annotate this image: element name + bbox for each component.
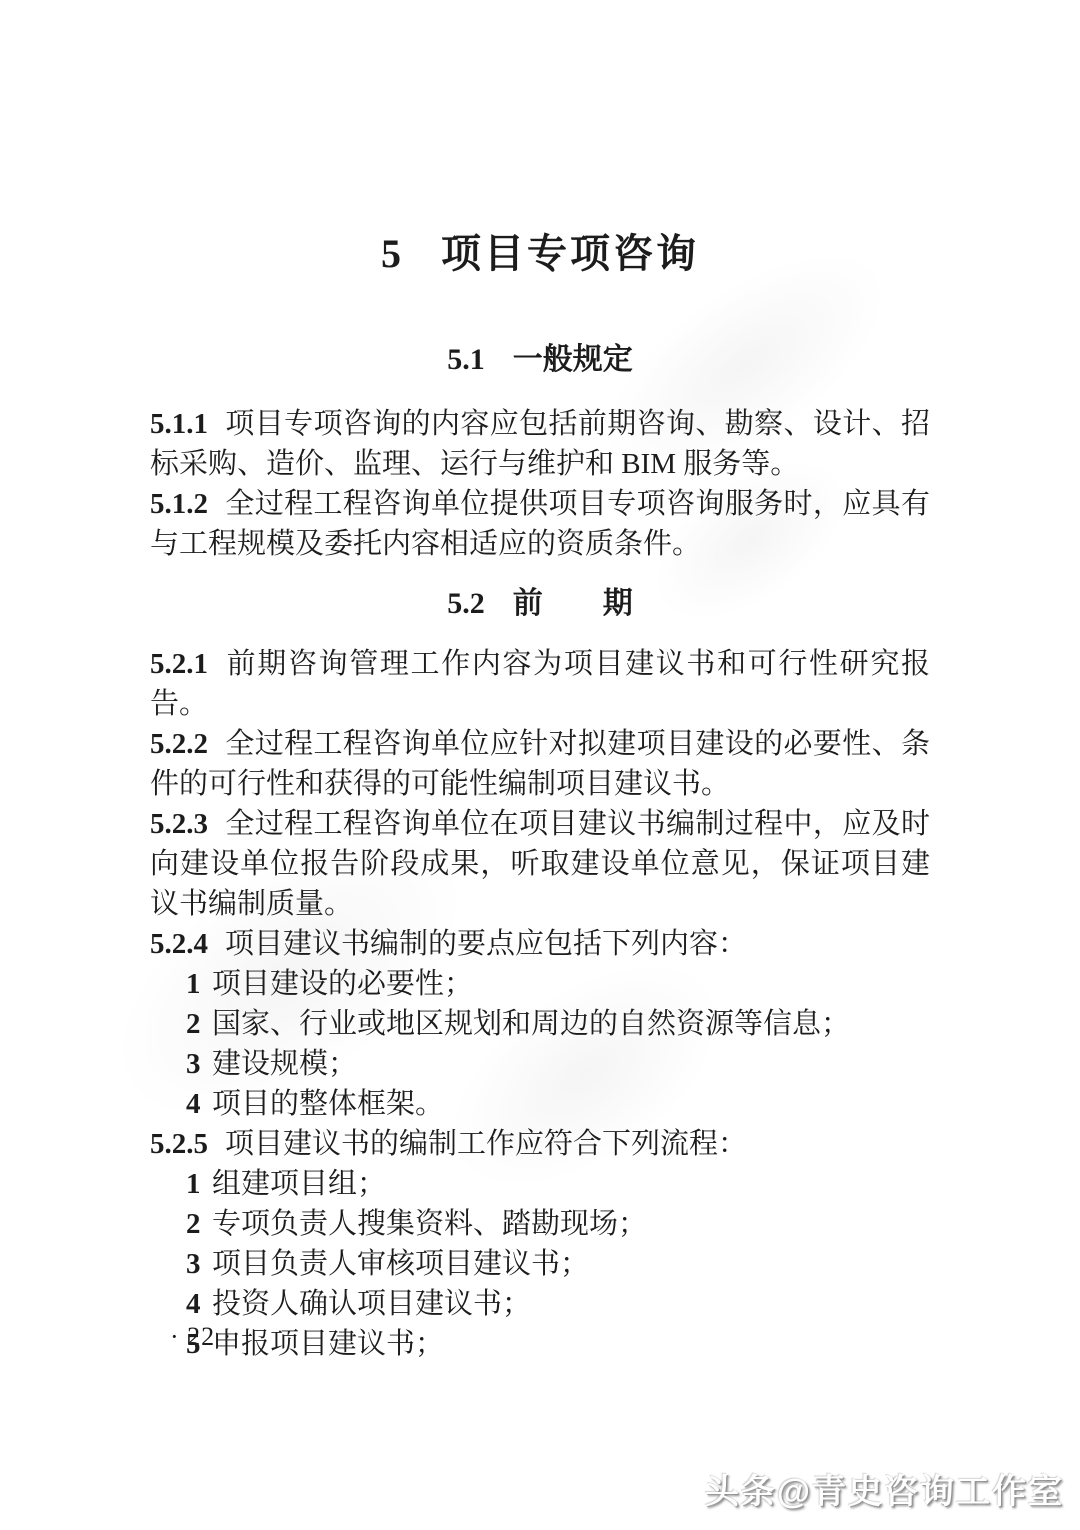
item-number: 2 xyxy=(186,1004,212,1044)
toutiao-watermark: 头条@青史咨询工作室 xyxy=(705,1464,1064,1513)
clause-5-2-1: 5.2.1前期咨询管理工作内容为项目建议书和可行性研究报告。 xyxy=(150,644,930,724)
item-number: 3 xyxy=(186,1044,212,1084)
item-number: 4 xyxy=(186,1084,212,1124)
section-heading-5-2: 5.2前 期 xyxy=(150,588,930,620)
list-item-5-2-5-5: 5申报项目建议书； xyxy=(150,1324,930,1364)
section-number: 5.1 xyxy=(447,343,485,376)
list-item-5-2-5-3: 3项目负责人审核项目建议书； xyxy=(150,1244,930,1284)
item-number: 2 xyxy=(186,1204,212,1244)
page-content: 5项目专项咨询 5.1一般规定 5.1.1项目专项咨询的内容应包括前期咨询、勘察… xyxy=(150,0,930,1364)
item-number: 1 xyxy=(186,1164,212,1204)
chapter-number: 5 xyxy=(381,231,401,276)
clause-text: 项目建议书编制的要点应包括下列内容： xyxy=(225,928,747,960)
clause-5-2-4: 5.2.4项目建议书编制的要点应包括下列内容： xyxy=(150,924,930,964)
document-page: 5项目专项咨询 5.1一般规定 5.1.1项目专项咨询的内容应包括前期咨询、勘察… xyxy=(0,0,1080,1530)
item-text: 项目建设的必要性； xyxy=(212,968,473,1000)
list-item-5-2-5-1: 1组建项目组； xyxy=(150,1164,930,1204)
section-heading-5-1: 5.1一般规定 xyxy=(150,344,930,376)
list-item-5-2-4-3: 3建设规模； xyxy=(150,1044,930,1084)
clause-5-2-5: 5.2.5项目建议书的编制工作应符合下列流程： xyxy=(150,1124,930,1164)
section-title: 前 期 xyxy=(513,587,633,620)
chapter-title-text: 项目专项咨询 xyxy=(441,231,699,276)
item-text: 申报项目建议书； xyxy=(212,1328,444,1360)
list-item-5-2-4-4: 4项目的整体框架。 xyxy=(150,1084,930,1124)
clause-number: 5.2.3 xyxy=(150,808,208,840)
clause-5-2-2: 5.2.2全过程工程咨询单位应针对拟建项目建设的必要性、条件的可行性和获得的可能… xyxy=(150,724,930,804)
item-text: 国家、行业或地区规划和周边的自然资源等信息； xyxy=(212,1008,850,1040)
clause-number: 5.2.1 xyxy=(150,648,208,680)
list-item-5-2-5-2: 2专项负责人搜集资料、踏勘现场； xyxy=(150,1204,930,1244)
clause-text: 前期咨询管理工作内容为项目建议书和可行性研究报告。 xyxy=(150,648,930,720)
list-item-5-2-4-1: 1项目建设的必要性； xyxy=(150,964,930,1004)
clause-number: 5.2.2 xyxy=(150,728,208,760)
item-text: 组建项目组； xyxy=(212,1168,386,1200)
clause-number: 5.1.2 xyxy=(150,488,208,520)
list-item-5-2-4-2: 2国家、行业或地区规划和周边的自然资源等信息； xyxy=(150,1004,930,1044)
section-number: 5.2 xyxy=(447,587,485,620)
clause-number: 5.2.4 xyxy=(150,928,208,960)
clause-5-2-3: 5.2.3全过程工程咨询单位在项目建议书编制过程中，应及时向建设单位报告阶段成果… xyxy=(150,804,930,924)
item-number: 4 xyxy=(186,1284,212,1324)
clause-text: 项目建议书的编制工作应符合下列流程： xyxy=(225,1128,747,1160)
clause-text: 项目专项咨询的内容应包括前期咨询、勘察、设计、招标采购、造价、监理、运行与维护和… xyxy=(150,408,930,480)
clause-text: 全过程工程咨询单位在项目建议书编制过程中，应及时向建设单位报告阶段成果，听取建设… xyxy=(150,808,930,920)
item-number: 1 xyxy=(186,964,212,1004)
page-number: · 22 · xyxy=(170,1322,232,1352)
item-text: 项目负责人审核项目建议书； xyxy=(212,1248,589,1280)
chapter-title: 5项目专项咨询 xyxy=(150,0,930,276)
item-text: 投资人确认项目建议书； xyxy=(212,1288,531,1320)
section-title: 一般规定 xyxy=(513,343,633,376)
item-number: 3 xyxy=(186,1244,212,1284)
clause-number: 5.1.1 xyxy=(150,408,208,440)
clause-text: 全过程工程咨询单位提供项目专项咨询服务时，应具有与工程规模及委托内容相适应的资质… xyxy=(150,488,930,560)
clause-number: 5.2.5 xyxy=(150,1128,208,1160)
item-text: 项目的整体框架。 xyxy=(212,1088,444,1120)
clause-5-1-1: 5.1.1项目专项咨询的内容应包括前期咨询、勘察、设计、招标采购、造价、监理、运… xyxy=(150,404,930,484)
clause-5-1-2: 5.1.2全过程工程咨询单位提供项目专项咨询服务时，应具有与工程规模及委托内容相… xyxy=(150,484,930,564)
item-text: 专项负责人搜集资料、踏勘现场； xyxy=(212,1208,647,1240)
item-text: 建设规模； xyxy=(212,1048,357,1080)
list-item-5-2-5-4: 4投资人确认项目建议书； xyxy=(150,1284,930,1324)
clause-text: 全过程工程咨询单位应针对拟建项目建设的必要性、条件的可行性和获得的可能性编制项目… xyxy=(150,728,930,800)
